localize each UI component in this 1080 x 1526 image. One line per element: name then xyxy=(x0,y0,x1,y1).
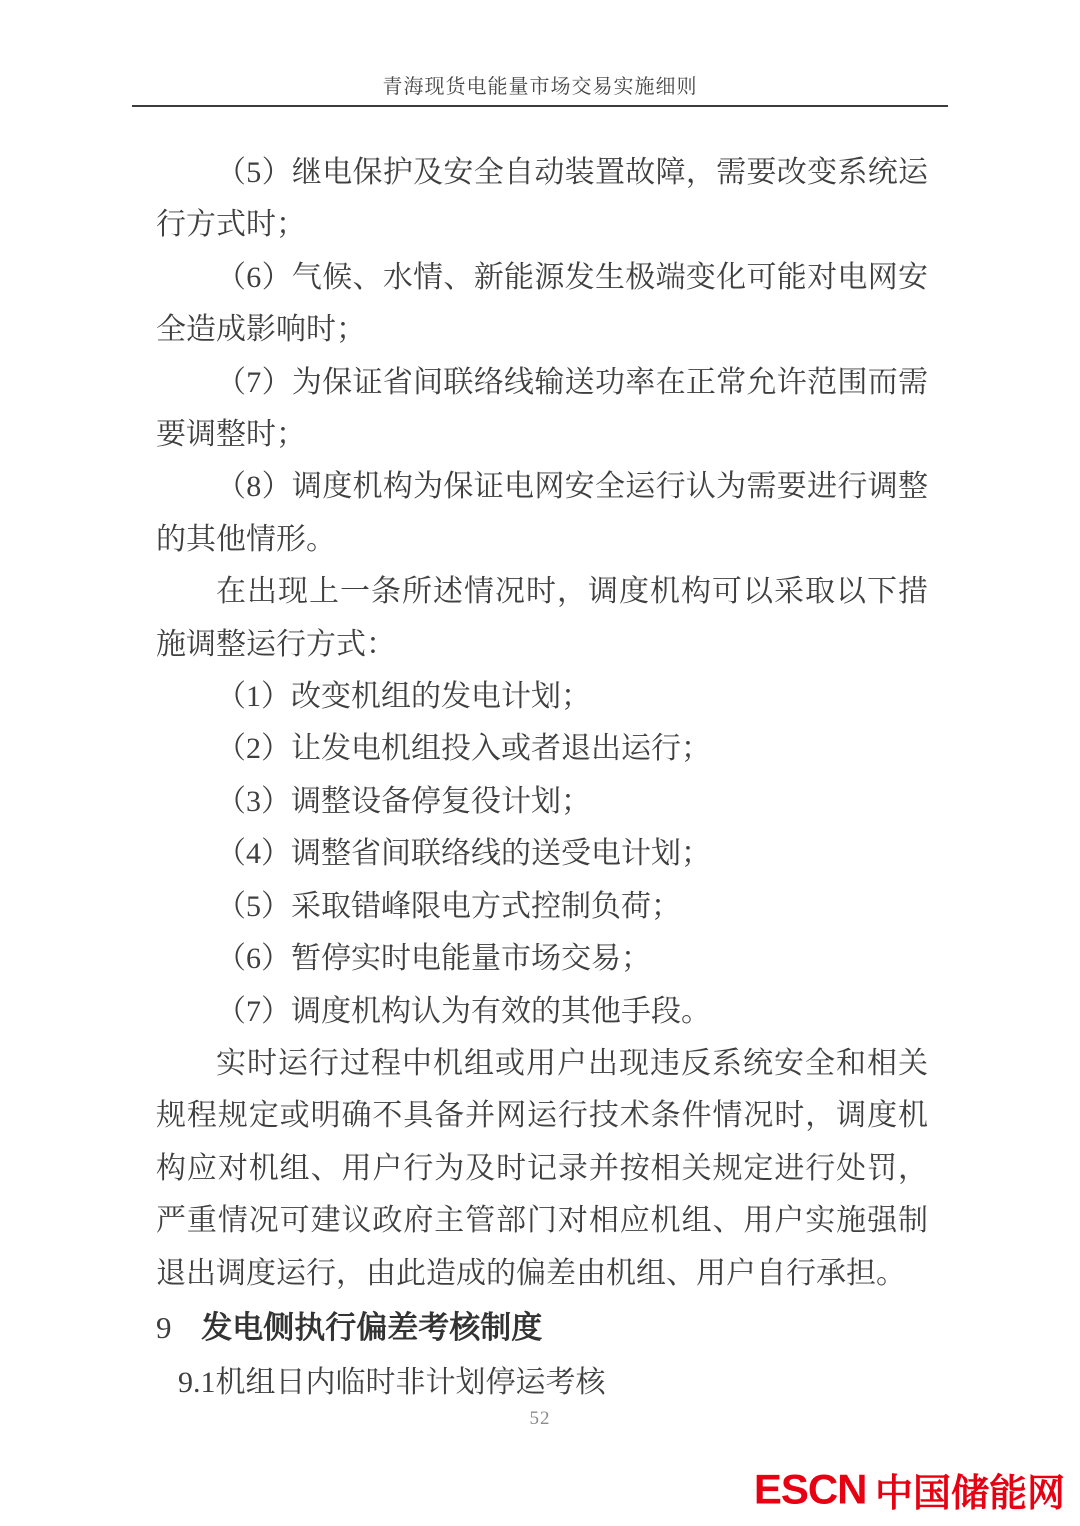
page-header-title: 青海现货电能量市场交易实施细则 xyxy=(0,0,1080,100)
body-paragraph: （1）改变机组的发电计划； xyxy=(156,671,928,723)
subsection-heading: 9.1机组日内临时非计划停运考核 xyxy=(156,1357,928,1409)
body-paragraph: （6）气候、水情、新能源发生极端变化可能对电网安全造成影响时； xyxy=(156,252,928,357)
section-title: 发电侧执行偏差考核制度 xyxy=(201,1310,542,1345)
section-number: 9 xyxy=(156,1302,172,1354)
escn-watermark: ESCN 中国储能网 xyxy=(754,1462,1065,1517)
escn-logo-text: ESCN xyxy=(754,1466,867,1513)
body-paragraph: （6）暂停实时电能量市场交易； xyxy=(156,933,928,985)
document-body: （5）继电保护及安全自动装置故障，需要改变系统运行方式时； （6）气候、水情、新… xyxy=(156,107,928,1410)
section-heading: 9 发电侧执行偏差考核制度 xyxy=(156,1302,928,1354)
page-number: 52 xyxy=(0,1408,1080,1430)
body-paragraph: （2）让发电机组投入或者退出运行； xyxy=(156,723,928,775)
body-paragraph: （7）调度机构认为有效的其他手段。 xyxy=(156,986,928,1038)
body-paragraph: （5）继电保护及安全自动装置故障，需要改变系统运行方式时； xyxy=(156,147,928,252)
body-paragraph: 实时运行过程中机组或用户出现违反系统安全和相关规程规定或明确不具备并网运行技术条… xyxy=(156,1038,928,1300)
body-paragraph: （4）调整省间联络线的送受电计划； xyxy=(156,828,928,880)
document-page: 青海现货电能量市场交易实施细则 （5）继电保护及安全自动装置故障，需要改变系统运… xyxy=(0,0,1080,1410)
body-paragraph: （7）为保证省间联络线输送功率在正常允许范围而需要调整时； xyxy=(156,357,928,462)
body-paragraph: （3）调整设备停复役计划； xyxy=(156,776,928,828)
body-paragraph: （5）采取错峰限电方式控制负荷； xyxy=(156,881,928,933)
body-paragraph: 在出现上一条所述情况时，调度机构可以采取以下措施调整运行方式： xyxy=(156,566,928,671)
body-paragraph: （8）调度机构为保证电网安全运行认为需要进行调整的其他情形。 xyxy=(156,461,928,566)
escn-site-name: 中国储能网 xyxy=(875,1473,1065,1515)
